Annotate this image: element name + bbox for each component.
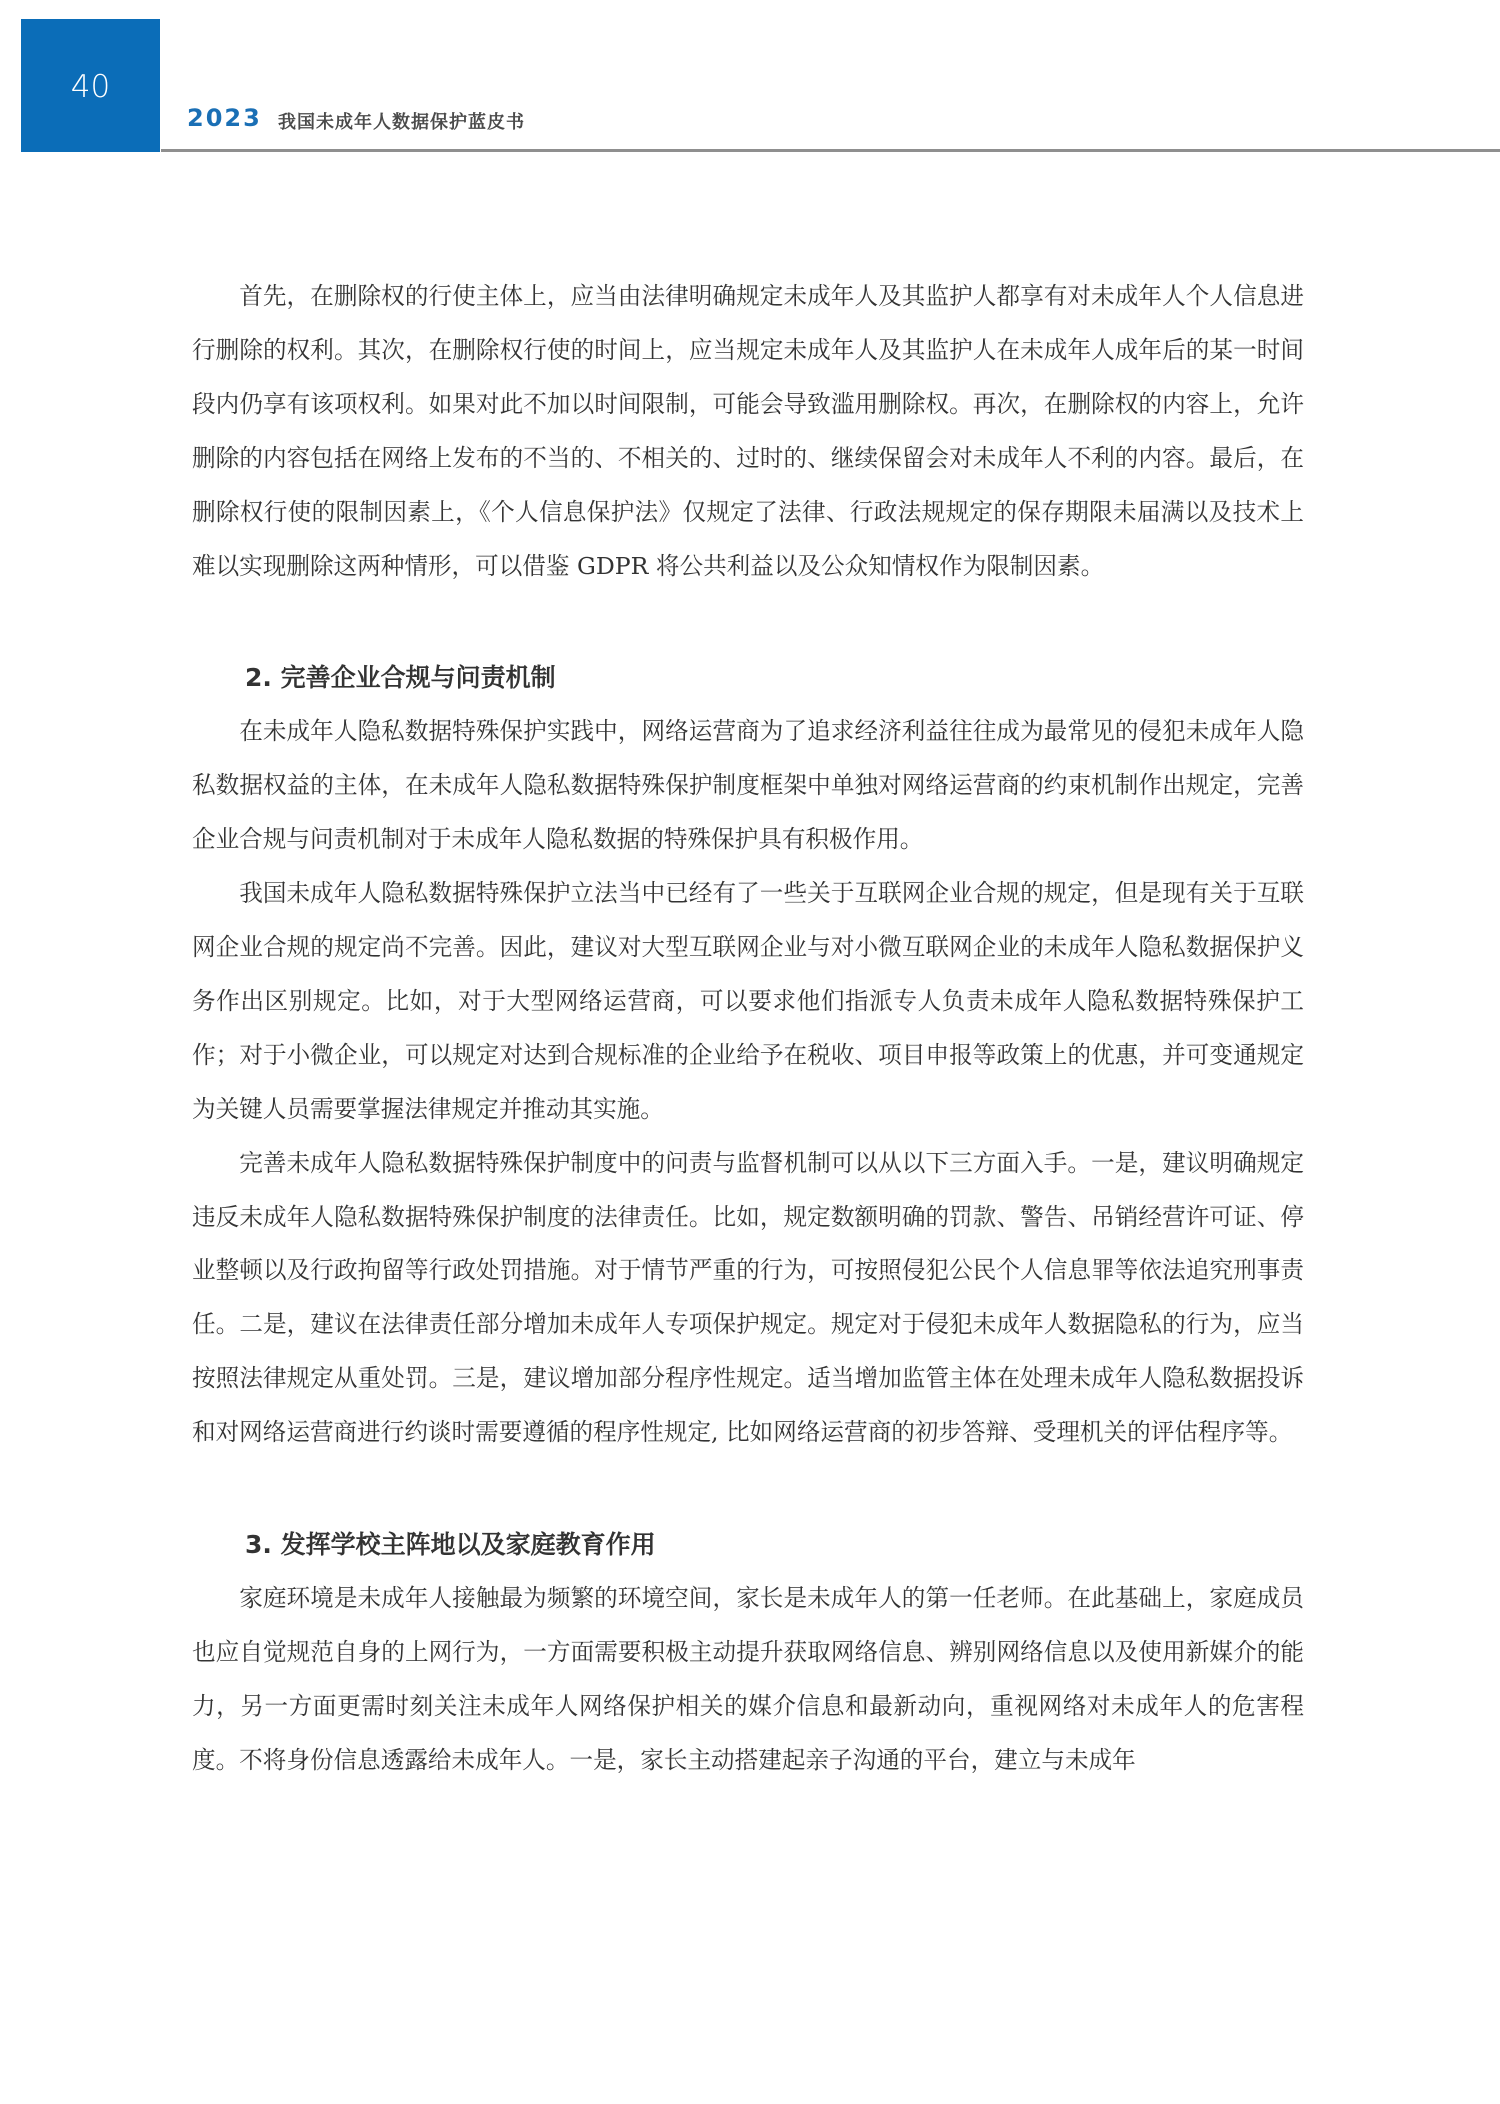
page-number-badge: 40 <box>21 19 160 152</box>
section-3-paragraph-1: 家庭环境是未成年人接触最为频繁的环境空间，家长是未成年人的第一任老师。在此基础上… <box>192 1572 1304 1788</box>
section-gap <box>192 1460 1304 1518</box>
section-heading-3: 3. 发挥学校主阵地以及家庭教育作用 <box>192 1518 1304 1572</box>
header-divider <box>161 149 1500 152</box>
section-gap <box>192 593 1304 651</box>
page-number: 40 <box>71 69 110 105</box>
page-body: 首先，在删除权的行使主体上，应当由法律明确规定未成年人及其监护人都享有对未成年人… <box>192 270 1304 1788</box>
section-heading-2: 2. 完善企业合规与问责机制 <box>192 651 1304 705</box>
section-2-paragraph-1: 在未成年人隐私数据特殊保护实践中，网络运营商为了追求经济利益往往成为最常见的侵犯… <box>192 705 1304 867</box>
intro-paragraph: 首先，在删除权的行使主体上，应当由法律明确规定未成年人及其监护人都享有对未成年人… <box>192 270 1304 593</box>
section-2-paragraph-2: 我国未成年人隐私数据特殊保护立法当中已经有了一些关于互联网企业合规的规定，但是现… <box>192 867 1304 1137</box>
header-year: 2023 <box>187 104 262 132</box>
header-book-title: 我国未成年人数据保护蓝皮书 <box>278 108 525 134</box>
section-2-paragraph-3: 完善未成年人隐私数据特殊保护制度中的问责与监督机制可以从以下三方面入手。一是，建… <box>192 1137 1304 1460</box>
